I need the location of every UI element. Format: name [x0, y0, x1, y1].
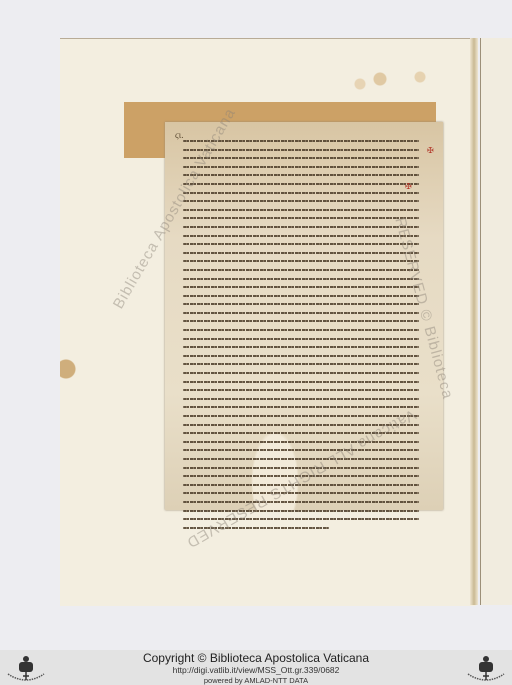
text-line [183, 501, 419, 503]
text-line [183, 406, 419, 408]
text-line [183, 303, 419, 305]
text-line [183, 269, 419, 271]
text-line [183, 346, 419, 348]
rubric-mark: ✠ [405, 182, 412, 191]
text-line [183, 209, 419, 211]
text-line [183, 235, 419, 237]
text-line [183, 449, 419, 451]
text-line [183, 458, 419, 460]
facing-page [480, 38, 512, 605]
text-line [183, 381, 419, 383]
text-line [183, 200, 419, 202]
text-line [183, 372, 419, 374]
text-line [183, 338, 419, 340]
text-line [183, 217, 419, 219]
manuscript-url[interactable]: http://digi.vatlib.it/view/MSS_Ott.gr.33… [0, 665, 512, 675]
footer: Copyright © Biblioteca Apostolica Vatica… [0, 650, 512, 685]
text-line [183, 157, 419, 159]
text-line [183, 363, 419, 365]
vatican-library-seal-icon [462, 652, 510, 684]
folio-number: ϛι. [175, 130, 183, 140]
gutter [470, 38, 478, 605]
powered-by-text: powered by AMLAD-NTT DATA [0, 676, 512, 685]
text-line [183, 174, 419, 176]
text-line [183, 415, 419, 417]
rubric-mark: ✠ [427, 146, 434, 155]
text-line [183, 243, 419, 245]
text-line [183, 492, 419, 494]
text-line [183, 355, 419, 357]
text-line [183, 260, 419, 262]
text-line [183, 286, 419, 288]
text-line [183, 441, 419, 443]
text-line [183, 166, 419, 168]
image-viewer: ϛι. ✠ ✠ Biblioteca Apostolica Vaticana V… [0, 0, 512, 650]
text-line [183, 329, 419, 331]
text-line [183, 278, 419, 280]
text-line [183, 510, 419, 512]
text-line [183, 252, 419, 254]
copyright-text: Copyright © Biblioteca Apostolica Vatica… [0, 651, 512, 665]
text-line [183, 398, 419, 400]
text-line [183, 389, 419, 391]
text-line [183, 226, 419, 228]
text-line [183, 183, 419, 185]
text-line [183, 320, 419, 322]
text-line [183, 295, 419, 297]
text-line [183, 312, 419, 314]
manuscript-leaf: ϛι. ✠ ✠ [165, 122, 443, 510]
text-line [183, 192, 419, 194]
